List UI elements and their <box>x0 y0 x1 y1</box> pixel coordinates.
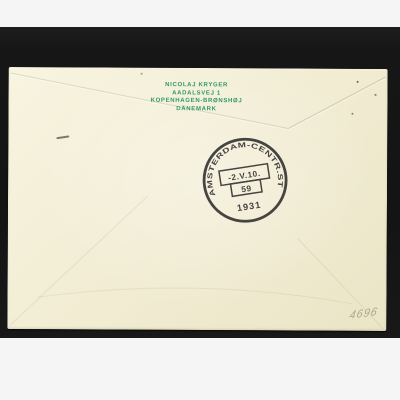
postmark-year: 1931 <box>236 200 262 214</box>
photo-page: { "photo": { "background_color": "#f5f5f… <box>0 0 400 400</box>
postmark-stamp: AMSTERDAM-CENTR.STATION -2.V.10. 59 1931 <box>188 123 302 237</box>
postmark-number: 59 <box>241 183 253 194</box>
dust-speck <box>141 73 143 75</box>
dust-speck <box>351 113 353 115</box>
dust-speck <box>357 81 359 83</box>
sender-address-block: NICOLAJ KRYGER AADALSVEJ 1 KOPENHAGEN-BR… <box>125 81 268 114</box>
dust-speck <box>375 94 377 96</box>
envelope-back: NICOLAJ KRYGER AADALSVEJ 1 KOPENHAGEN-BR… <box>7 67 387 331</box>
sender-country: DÄNEMARK <box>125 104 268 113</box>
